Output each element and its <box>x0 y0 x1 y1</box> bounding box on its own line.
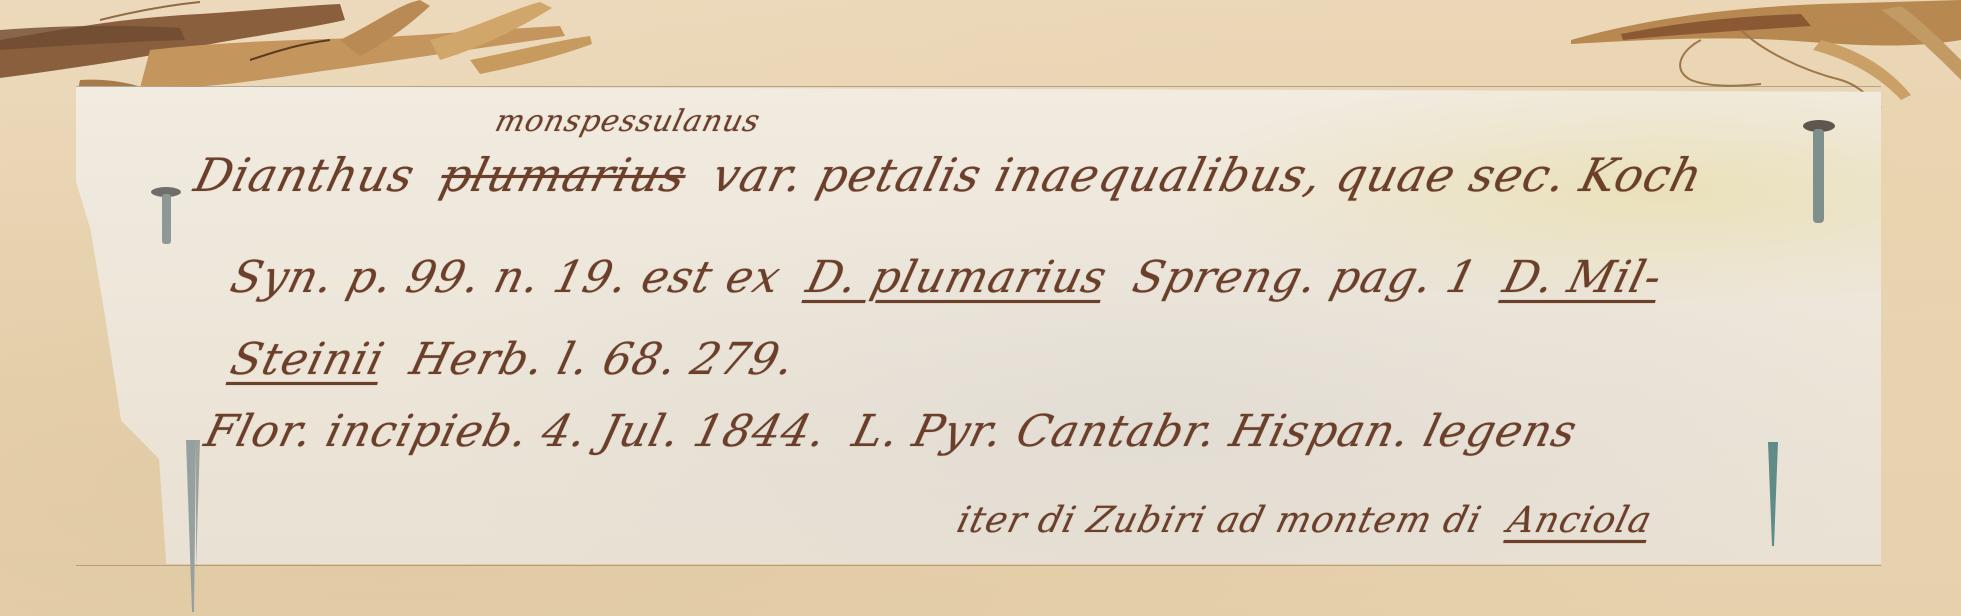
pin-icon-top-right <box>1801 120 1837 226</box>
label-line-5: iter di Zubiri ad montem diAnciola <box>953 500 1684 541</box>
steinii-name: Steinii <box>226 334 390 385</box>
place-anciola: Anciola <box>1504 500 1657 541</box>
collection-locality: L. Pyr. Cantabr. Hispan. legens <box>847 406 1582 457</box>
insertion-monspessulanus: monspessulanus <box>492 104 765 139</box>
pin-icon-bottom-right <box>1764 442 1782 546</box>
variety-description: var. petalis inaequalibus, quae sec. Koc… <box>707 148 1709 202</box>
label-line-3: SteiniiHerb. l. 68. 279. <box>226 334 829 385</box>
synopsis-reference: Syn. p. 99. n. 19. est ex <box>226 252 787 303</box>
pin-icon-top-left <box>150 186 186 248</box>
d-plumarius-reference: D. plumarius <box>801 252 1112 303</box>
genus-dianthus: Dianthus <box>189 148 420 202</box>
pin-icon-bottom-left <box>182 440 208 616</box>
d-mil-reference: D. Mil- <box>1498 252 1667 303</box>
route-description: iter di Zubiri ad montem di <box>953 500 1486 541</box>
label-line-1: Dianthusplumariusvar. petalis inaequalib… <box>189 148 1736 202</box>
label-line-2: Syn. p. 99. n. 19. est exD. plumariusSpr… <box>226 252 1696 303</box>
herbarium-reference: Herb. l. 68. 279. <box>405 334 800 385</box>
flowering-date: Flor. incipieb. 4. Jul. 1844. <box>200 406 832 457</box>
sprengel-reference: Spreng. pag. 1 <box>1128 252 1483 303</box>
struck-plumarius: plumarius <box>435 148 692 202</box>
label-line-4: Flor. incipieb. 4. Jul. 1844.L. Pyr. Can… <box>200 406 1611 457</box>
